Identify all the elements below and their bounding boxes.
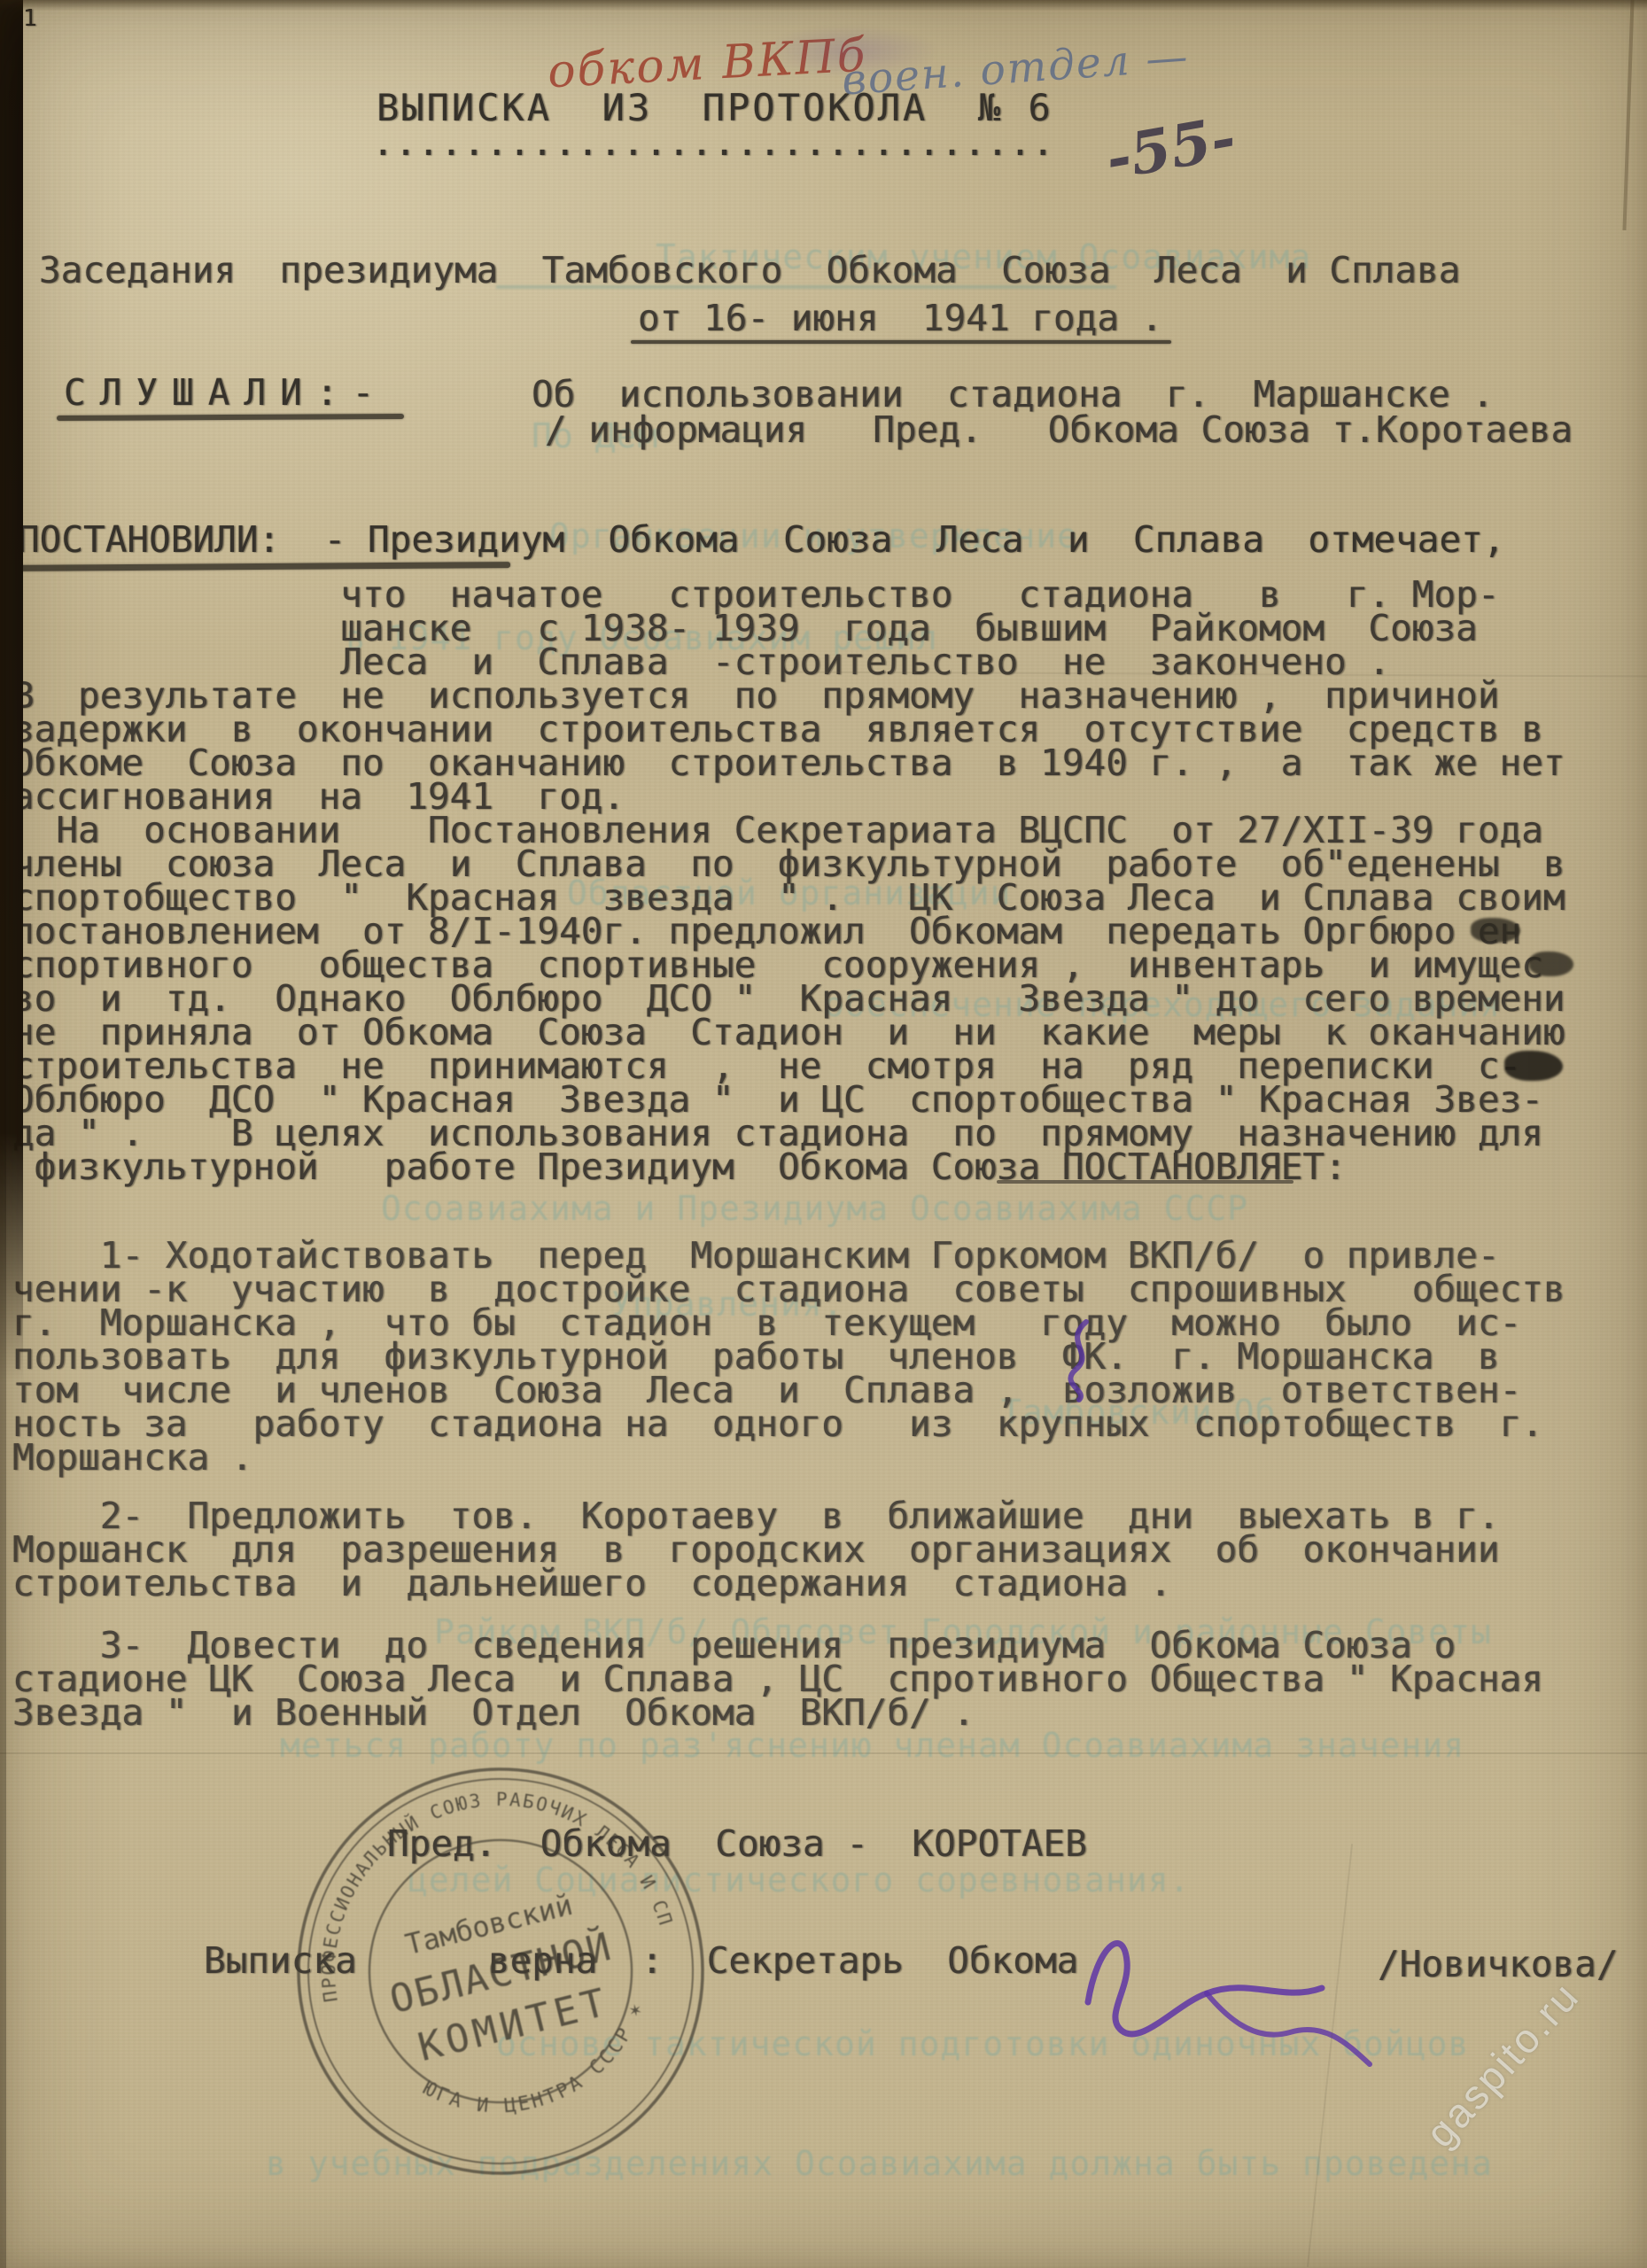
typed-line: Моршанска . (12, 1441, 1565, 1474)
secretary-name: /Новичкова/ (1378, 1947, 1619, 1981)
secretary-ink-signature (1072, 1896, 1382, 2091)
scan-left-edge-line (0, 0, 6, 2268)
typed-line: Звезда " и Военный Отдел Обкома ВКП/б/ . (12, 1696, 1543, 1729)
purple-ink-correction (1044, 1317, 1123, 1405)
typed-strikeout-blot (1529, 951, 1573, 976)
typed-line: строительства и дальнейшего содержания с… (12, 1566, 1500, 1600)
site-watermark: gaspito.ru (1416, 1972, 1589, 2157)
scanned-document-page: Тактическим учением Осоавиахима По Дем О… (0, 0, 1647, 2268)
handwritten-page-number: -55- (1100, 103, 1240, 193)
resolution-item-2: 2- Предложить тов. Коротаеву в ближайшие… (12, 1499, 1500, 1600)
slushali-line1: Об использовании стадиона г. Маршанске . (532, 377, 1494, 411)
typed-strikeout-blot (1504, 1051, 1563, 1081)
postanovili-underline (14, 562, 510, 571)
title-dotted-rule: .............................. (372, 126, 1055, 159)
page-corner-edge (1622, 0, 1634, 230)
postanovili-body: что начатое строительство стадиона в г. … (12, 578, 1565, 1184)
typed-line: физкультурной работе Президиум Обкома Со… (12, 1150, 1565, 1184)
slushali-line2: / информация Пред. Обкома Союза т.Корота… (545, 413, 1573, 447)
postanovlyaet-underline (997, 1180, 1294, 1184)
slushali-underline (57, 414, 404, 421)
corner-mark: 1 (23, 2, 37, 35)
postanovili-heading-line: ПОСТАНОВИЛИ: - Президиум Обкома Союза Ле… (18, 523, 1505, 556)
ghost-text: Осоавиахима и Президиума Осоавиахима ССС… (381, 1189, 1248, 1228)
meeting-line: Заседания президиума Тамбовского Обкома … (39, 253, 1460, 287)
date-underline (631, 340, 1171, 344)
slushali-label: СЛУШАЛИ:- (64, 376, 388, 409)
meeting-date: от 16- июня 1941 года . (638, 301, 1162, 335)
typed-strikeout-blot (1471, 918, 1520, 943)
resolution-item-3: 3- Довести до сведения решения президиум… (12, 1628, 1543, 1729)
resolution-item-1: 1- Ходотайствовать перед Моршанским Горк… (12, 1239, 1565, 1474)
scan-top-edge-shadow (0, 0, 1647, 11)
